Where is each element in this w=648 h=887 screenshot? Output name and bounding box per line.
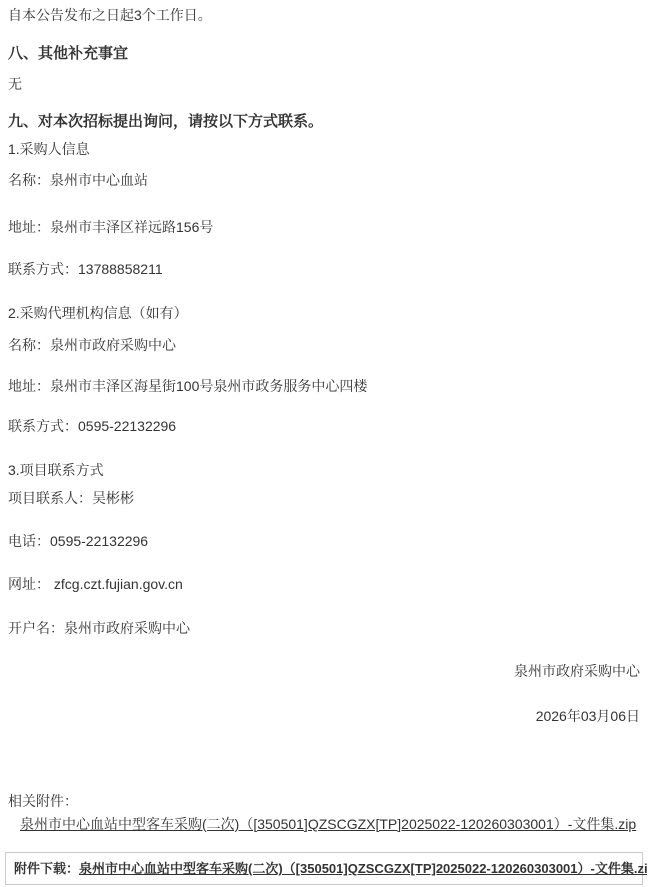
attachment-link-row: 泉州市中心血站中型客车采购(二次)（[350501]QZSCGZX[TP]202…: [8, 816, 640, 833]
signature-organization: 泉州市政府采购中心: [8, 663, 640, 680]
attachment-download-box: 附件下载：泉州市中心血站中型客车采购(二次)（[350501]QZSCGZX[T…: [5, 852, 643, 885]
signature-date: 2026年03月06日: [8, 708, 640, 725]
section-8-heading: 八、其他补充事宜: [8, 45, 640, 62]
agency-info-title: 2.采购代理机构信息（如有）: [8, 305, 640, 322]
section-8-body: 无: [8, 76, 640, 93]
purchaser-address: 地址：泉州市丰泽区祥远路156号: [8, 219, 640, 236]
agency-phone: 联系方式：0595-22132296: [8, 418, 640, 435]
notice-validity-text: 自本公告发布之日起3个工作日。: [8, 7, 640, 24]
project-contact-title: 3.项目联系方式: [8, 462, 640, 479]
purchaser-name: 名称：泉州市中心血站: [8, 172, 640, 189]
attachment-download-link[interactable]: 泉州市中心血站中型客车采购(二次)（[350501]QZSCGZX[TP]202…: [79, 861, 648, 876]
project-contact-website: 网址： zfcg.czt.fujian.gov.cn: [8, 576, 640, 593]
attachment-file-link[interactable]: 泉州市中心血站中型客车采购(二次)（[350501]QZSCGZX[TP]202…: [20, 816, 636, 832]
purchaser-phone: 联系方式：13788858211: [8, 261, 640, 278]
agency-address: 地址：泉州市丰泽区海星街100号泉州市政务服务中心四楼: [8, 378, 640, 395]
project-account-name: 开户名：泉州市政府采购中心: [8, 620, 640, 637]
section-9-heading: 九、对本次招标提出询问，请按以下方式联系。: [8, 113, 640, 130]
project-contact-person: 项目联系人：吴彬彬: [8, 490, 640, 507]
purchaser-info-title: 1.采购人信息: [8, 141, 640, 158]
project-contact-phone: 电话：0595-22132296: [8, 533, 640, 550]
attachment-download-label: 附件下载：: [14, 861, 79, 876]
procurement-announcement-page: 自本公告发布之日起3个工作日。 八、其他补充事宜 无 九、对本次招标提出询问，请…: [0, 7, 648, 887]
agency-name: 名称：泉州市政府采购中心: [8, 337, 640, 354]
related-attachments-label: 相关附件：: [8, 793, 640, 810]
